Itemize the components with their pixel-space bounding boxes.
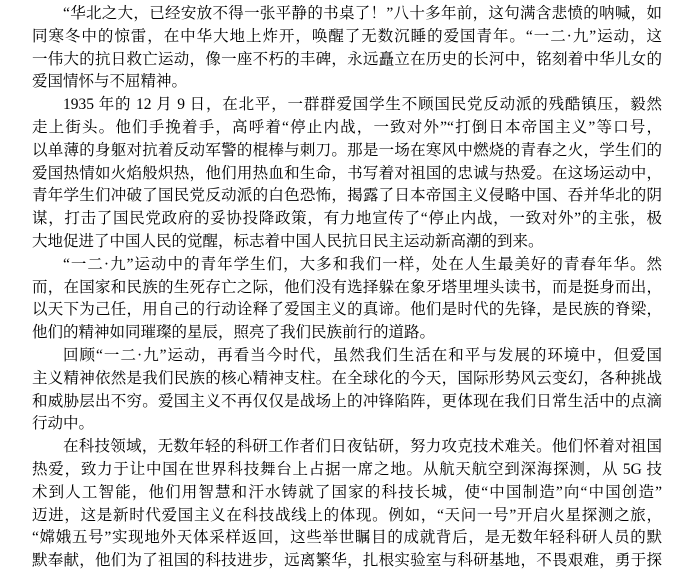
text-line: 以天下为己任，用自己的行动诠释了爱国主义的真谛。他们是时代的先锋，是民族的脊梁，	[32, 299, 662, 322]
text-line: 迈进，这是新时代爱国主义在科技战线上的体现。例如，“天问一号”开启火星探测之旅，	[32, 505, 662, 528]
text-line: 同寒冬中的惊雷，在中华大地上炸开，唤醒了无数沉睡的爱国青年。“一二·九”运动，这	[32, 26, 662, 49]
text-line: 大地促进了中国人民的觉醒，标志着中国人民抗日民主运动新高潮的到来。	[32, 231, 662, 254]
text-line: 回顾“一二·九”运动，再看当今时代，虽然我们生活在和平与发展的环境中，但爱国	[32, 345, 662, 368]
text-line: 走上街头。他们手挽着手，高呼着“停止内战，一致对外”“打倒日本帝国主义”等口号，	[32, 117, 662, 140]
text-line: 默奉献，他们为了祖国的科技进步，远离繁华，扎根实验室与科研基地，不畏艰难，勇于探	[32, 550, 662, 573]
text-line: 和威胁层出不穷。爱国主义不再仅仅是战场上的冲锋陷阵，更体现在我们日常生活中的点滴	[32, 391, 662, 414]
text-line: 谋，打击了国民党政府的妥协投降政策，有力地宣传了“停止内战，一致对外”的主张，极	[32, 208, 662, 231]
text-line: 青年学生们冲破了国民党反动派的白色恐怖，揭露了日本帝国主义侵略中国、吞并华北的阴	[32, 185, 662, 208]
text-line: 术到人工智能，他们用智慧和汗水铸就了国家的科技长城，使“中国制造”向“中国创造”	[32, 482, 662, 505]
paragraph-youth: “一二·九”运动中的青年学生们，大多和我们一样，处在人生最美好的青春年华。然 而…	[32, 254, 662, 345]
document-page: “华北之大，已经安放不得一张平静的书桌了！”八十多年前，这句满含悲愤的呐喊，如 …	[0, 0, 692, 574]
text-line: 一伟大的抗日救亡运动，像一座不朽的丰碑，永远矗立在历史的长河中，铭刻着中华儿女的	[32, 49, 662, 72]
paragraph-science: 在科技领域，无数年轻的科研工作者们日夜钻研，努力攻克技术难关。他们怀着对祖国的 …	[32, 436, 662, 573]
text-line: 行动中。	[32, 413, 662, 436]
text-line: 热爱，致力于让中国在世界科技舞台上占据一席之地。从航天航空到深海探测，从 5G …	[32, 459, 662, 482]
text-line: 爱国情怀与不屈精神。	[32, 71, 662, 94]
paragraph-modern-era: 回顾“一二·九”运动，再看当今时代，虽然我们生活在和平与发展的环境中，但爱国 主…	[32, 345, 662, 436]
text-line: “华北之大，已经安放不得一张平静的书桌了！”八十多年前，这句满含悲愤的呐喊，如	[32, 3, 662, 26]
text-line: 他们的精神如同璀璨的星辰，照亮了我们民族前行的道路。	[32, 322, 662, 345]
text-line: 爱国热情如火焰般炽热，他们用热血和生命，书写着对祖国的忠诚与热爱。在这场运动中，	[32, 163, 662, 186]
text-line: 1935 年的 12 月 9 日，在北平，一群群爱国学生不顾国民党反动派的残酷镇…	[32, 94, 662, 117]
text-line: “一二·九”运动中的青年学生们，大多和我们一样，处在人生最美好的青春年华。然	[32, 254, 662, 277]
text-line: 而，在国家和民族的生死存亡之际，他们没有选择躲在象牙塔里埋头读书，而是挺身而出，	[32, 277, 662, 300]
text-line: 以单薄的身躯对抗着反动军警的棍棒与刺刀。那是一场在寒风中燃烧的青春之火，学生们的	[32, 140, 662, 163]
text-line: “嫦娥五号”实现地外天体采样返回，这些举世瞩目的成就背后，是无数年轻科研人员的默	[32, 527, 662, 550]
text-line: 主义精神依然是我们民族的核心精神支柱。在全球化的今天，国际形势风云变幻，各种挑战	[32, 368, 662, 391]
paragraph-history: 1935 年的 12 月 9 日，在北平，一群群爱国学生不顾国民党反动派的残酷镇…	[32, 94, 662, 254]
text-line: 在科技领域，无数年轻的科研工作者们日夜钻研，努力攻克技术难关。他们怀着对祖国的	[32, 436, 662, 459]
paragraph-intro: “华北之大，已经安放不得一张平静的书桌了！”八十多年前，这句满含悲愤的呐喊，如 …	[32, 3, 662, 94]
